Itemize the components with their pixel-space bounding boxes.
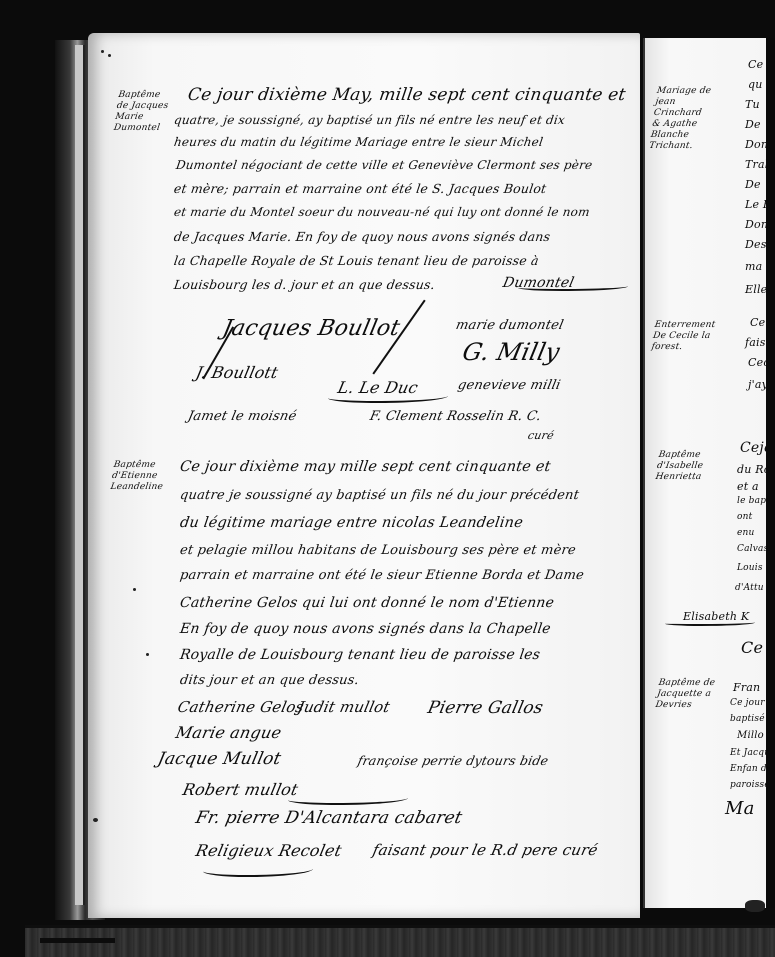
entry2-line-5: parrain et marraine ont été le sieur Eti…	[179, 568, 585, 583]
margin-line: Enterrement	[654, 320, 726, 331]
right-margin-note-5: Baptême de Jacquette a Devries	[655, 678, 720, 711]
signature-jacque-mullot: Jacque Mullot	[156, 749, 283, 769]
page-stack-edge	[75, 45, 85, 905]
text-fragment: Fran	[733, 681, 760, 694]
right-margin-note-1: Mariage de jean Crinchard & Agathe Blanc…	[648, 86, 727, 152]
signature-flourish	[203, 863, 313, 877]
entry2-margin-note: Baptême d'Etienne Leandeline	[110, 460, 185, 493]
signature-marie-angue: Marie angue	[174, 723, 283, 742]
margin-line: Leandeline	[110, 482, 182, 493]
signature-cure: curé	[527, 429, 556, 442]
signature-jamet-le-moisne: Jamet le moisné	[186, 409, 298, 424]
text-fragment: Des	[745, 238, 767, 251]
signature-robert-mullot: Robert mullot	[181, 780, 300, 799]
table-surface	[25, 925, 775, 957]
signature-religieux-recolet: Religieux Recolet	[194, 841, 344, 860]
margin-line: & Agathe Blanche	[650, 119, 723, 141]
margin-line: Baptême	[113, 460, 185, 471]
entry2-line-9: dits jour et an que dessus.	[179, 673, 360, 688]
entry2-line-8: Royalle de Louisbourg tenant lieu de par…	[179, 647, 541, 663]
signature-judit-mullot: Judit mullot	[296, 698, 392, 716]
text-fragment: j'ay	[748, 378, 768, 391]
signature-genevieve-milli: genevieve milli	[456, 378, 562, 393]
signature-jacques-boullot: Jacques Boullot	[220, 316, 402, 341]
signature-clement-rosselin: F. Clement Rosselin R. C.	[368, 409, 542, 424]
text-fragment: Ce jour	[730, 698, 765, 708]
ink-speck	[93, 818, 98, 822]
ink-speck	[108, 54, 111, 57]
entry2-line-2: quatre je soussigné ay baptisé un fils n…	[179, 488, 580, 503]
text-fragment: Ce	[741, 638, 763, 657]
text-fragment: ma	[745, 260, 762, 273]
entry1-line-3: heures du matin du légitime Mariage entr…	[173, 135, 544, 149]
text-fragment: ont	[737, 512, 752, 522]
text-fragment: De	[745, 118, 761, 131]
entry2-line-1: Ce jour dixième may mille sept cent cinq…	[179, 459, 552, 475]
text-fragment: Enfan d	[730, 764, 767, 774]
signature-faisant-pour: faisant pour le R.d pere curé	[371, 841, 600, 859]
ink-speck	[133, 588, 136, 591]
entry2-line-4: et pelagie millou habitans de Louisbourg…	[179, 543, 577, 558]
entry2-line-7: En foy de quoy nous avons signés dans la…	[179, 621, 552, 637]
entry1-line-5: et mère; parrain et marraine ont été le …	[173, 181, 548, 196]
left-page: Baptême de Jacques Marie Dumontel Ce jou…	[88, 33, 640, 918]
entry1-line-8: la Chapelle Royale de St Louis tenant li…	[173, 253, 540, 268]
ink-speck	[101, 50, 104, 53]
right-page-dark-edge	[766, 38, 775, 908]
text-fragment: paroisse	[730, 780, 770, 790]
signature-pierre-dalcantara: Fr. pierre D'Alcantara cabaret	[194, 808, 464, 828]
margin-line: Baptême	[118, 90, 190, 101]
margin-line: d'Etienne	[111, 471, 183, 482]
margin-line: Baptême de	[658, 678, 720, 689]
text-fragment: Louis	[737, 563, 763, 573]
margin-line: forest.	[651, 342, 723, 353]
margin-line: d'Isabelle	[656, 461, 718, 472]
margin-line: Henrietta	[655, 472, 717, 483]
ink-flourish	[665, 620, 755, 626]
signature-g-milly: G. Milly	[460, 338, 562, 366]
signature-francoise-perrie: françoise perrie dytours bide	[356, 753, 550, 768]
text-fragment: et a	[737, 480, 759, 493]
entry1-line-7: de Jacques Marie. En foy de quoy nous av…	[173, 229, 551, 244]
text-fragment: Don	[745, 138, 768, 151]
entry1-line-6: et marie du Montel soeur du nouveau-né q…	[173, 205, 591, 219]
entry2-line-6: Catherine Gelos qui lui ont donné le nom…	[179, 595, 555, 611]
text-fragment: qu	[748, 78, 763, 91]
signature-catherine-gelos: Catherine Gelos	[176, 698, 305, 716]
text-fragment: enu	[737, 528, 755, 538]
text-fragment: d'Attu	[735, 583, 764, 593]
table-notch	[40, 938, 115, 943]
signature-flourish	[328, 391, 448, 403]
text-fragment: Ma	[725, 798, 755, 819]
entry1-line-1: Ce jour dixième May, mille sept cent cin…	[187, 85, 627, 105]
entry1-line-4: Dumontel négociant de cette ville et Gen…	[175, 158, 593, 172]
text-fragment: Tu	[745, 98, 760, 111]
entry1-line-2: quatre, je soussigné, ay baptisé un fils…	[173, 113, 566, 127]
text-fragment: Ce	[748, 58, 763, 71]
margin-line: Jacquette a	[656, 689, 718, 700]
margin-line: De Cecile la	[652, 331, 724, 342]
ink-speck	[146, 653, 149, 656]
signature-pierre-gallos: Pierre Gallos	[426, 698, 545, 718]
text-fragment: Millo	[737, 730, 764, 741]
margin-line: jean Crinchard	[653, 97, 726, 119]
margin-line: Trichant.	[648, 141, 720, 152]
text-fragment: De	[745, 178, 761, 191]
ink-blot	[745, 900, 765, 912]
signature-flourish	[288, 793, 408, 805]
entry1-margin-note: Baptême de Jacques Marie Dumontel	[113, 90, 189, 134]
margin-line: Mariage de	[656, 86, 728, 97]
text-fragment: baptisé	[730, 714, 765, 724]
margin-line: Baptême	[658, 450, 720, 461]
text-fragment: Elle	[745, 283, 767, 296]
right-margin-note-2: Enterrement De Cecile la forest.	[651, 320, 726, 353]
margin-line: Devries	[655, 700, 717, 711]
right-margin-note-3: Baptême d'Isabelle Henrietta	[655, 450, 720, 483]
entry1-line-9: Louisbourg les d. jour et an que dessus.	[173, 277, 436, 292]
signature-flourish	[518, 283, 628, 291]
entry2-line-3: du légitime mariage entre nicolas Leande…	[179, 515, 524, 531]
right-page: Mariage de jean Crinchard & Agathe Blanc…	[643, 38, 770, 908]
signature-marie-dumontel: marie dumontel	[454, 318, 565, 333]
text-fragment: Calvas	[737, 544, 768, 554]
